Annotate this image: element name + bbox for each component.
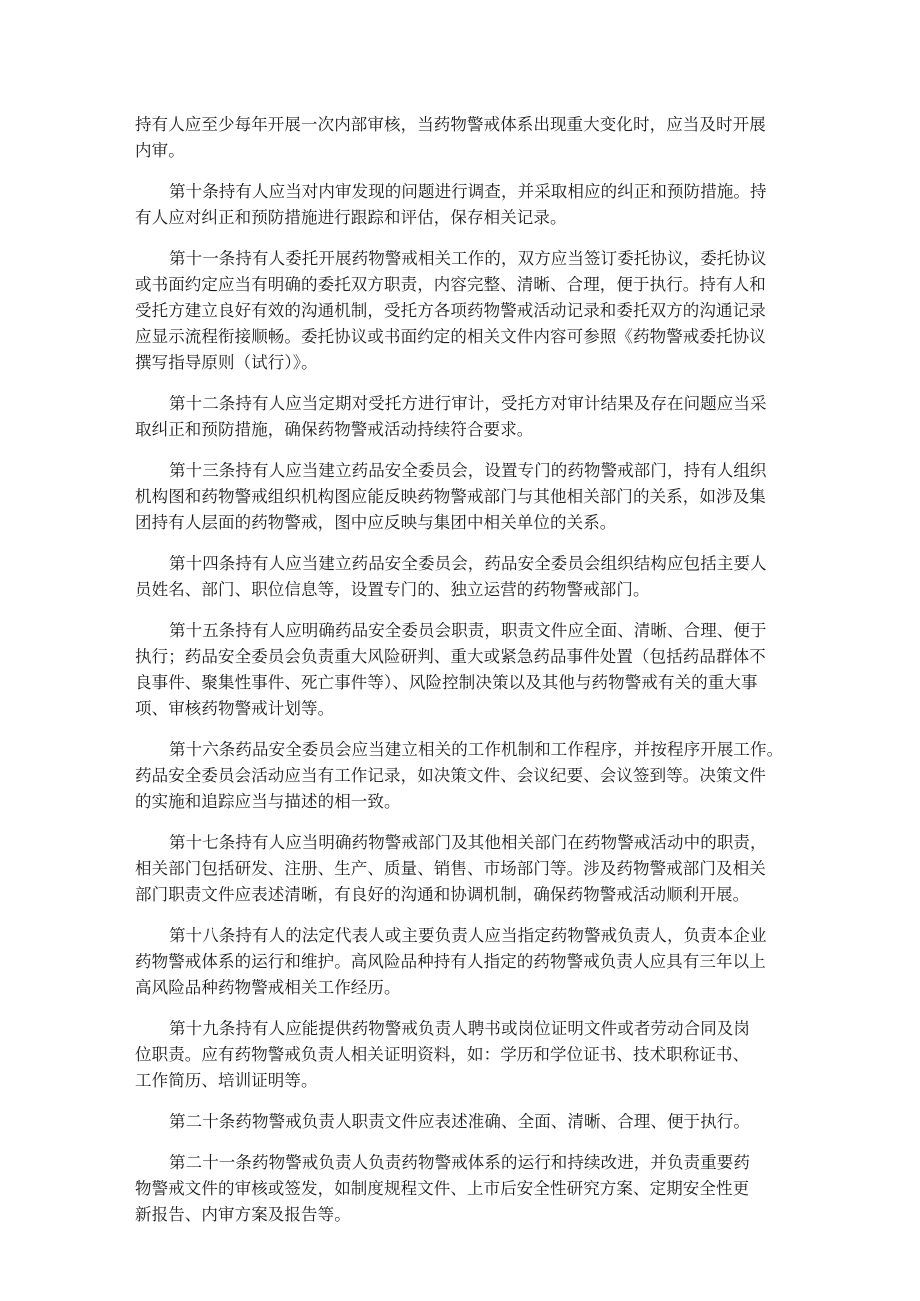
paragraph-article-11: 第十一条持有人委托开展药物警戒相关工作的，双方应当签订委托协议，委托协议 或书面…: [135, 246, 795, 376]
paragraph-article-18: 第十八条持有人的法定代表人或主要负责人应当指定药物警戒负责人，负责本企业 药物警…: [135, 923, 795, 1001]
paragraph-article-17: 第十七条持有人应当明确药物警戒部门及其他相关部门在药物警戒活动中的职责， 相关部…: [135, 830, 795, 908]
text-line: 物警戒文件的审核或签发，如制度规程文件、上市后安全性研究方案、定期安全性更: [135, 1176, 795, 1202]
text-line: 执行；药品安全委员会负责重大风险研判、重大或紧急药品事件处置（包括药品群体不: [135, 644, 795, 670]
text-line: 相关部门包括研发、注册、生产、质量、销售、市场部门等。涉及药物警戒部门及相关: [135, 856, 795, 882]
text-line: 第十条持有人应当对内审发现的问题进行调查，并采取相应的纠正和预防措施。持: [135, 179, 795, 205]
text-line: 机构图和药物警戒组织机构图应能反映药物警戒部门与其他相关部门的关系，如涉及集: [135, 484, 795, 510]
paragraph-internal-audit-continuation: 持有人应至少每年开展一次内部审核，当药物警戒体系出现重大变化时，应当及时开展 内…: [135, 112, 795, 164]
text-line: 第十三条持有人应当建立药品安全委员会，设置专门的药物警戒部门，持有人组织: [135, 458, 795, 484]
text-line: 第二十一条药物警戒负责人负责药物警戒体系的运行和持续改进，并负责重要药: [135, 1150, 795, 1176]
text-line: 位职责。应有药物警戒负责人相关证明资料，如：学历和学位证书、技术职称证书、: [135, 1042, 795, 1068]
paragraph-article-20: 第二十条药物警戒负责人职责文件应表述准确、全面、清晰、合理、便于执行。: [135, 1109, 795, 1135]
paragraph-article-16: 第十六条药品安全委员会应当建立相关的工作机制和工作程序，并按程序开展工作。 药品…: [135, 737, 795, 815]
text-line: 第十二条持有人应当定期对受托方进行审计，受托方对审计结果及存在问题应当采: [135, 391, 795, 417]
paragraph-article-10: 第十条持有人应当对内审发现的问题进行调查，并采取相应的纠正和预防措施。持 有人应…: [135, 179, 795, 231]
paragraph-article-14: 第十四条持有人应当建立药品安全委员会，药品安全委员会组织结构应包括主要人 员姓名…: [135, 551, 795, 603]
paragraph-article-13: 第十三条持有人应当建立药品安全委员会，设置专门的药物警戒部门，持有人组织 机构图…: [135, 458, 795, 536]
text-line: 取纠正和预防措施，确保药物警戒活动持续符合要求。: [135, 417, 795, 443]
text-line: 第十一条持有人委托开展药物警戒相关工作的，双方应当签订委托协议，委托协议: [135, 246, 795, 272]
text-line: 或书面约定应当有明确的委托双方职责，内容完整、清晰、合理，便于执行。持有人和: [135, 272, 795, 298]
text-line: 工作简历、培训证明等。: [135, 1068, 795, 1094]
document-page: 持有人应至少每年开展一次内部审核，当药物警戒体系出现重大变化时，应当及时开展 内…: [135, 112, 795, 1243]
text-line: 药物警戒体系的运行和维护。高风险品种持有人指定的药物警戒负责人应具有三年以上: [135, 949, 795, 975]
paragraph-article-21: 第二十一条药物警戒负责人负责药物警戒体系的运行和持续改进，并负责重要药 物警戒文…: [135, 1150, 795, 1228]
text-line: 第十六条药品安全委员会应当建立相关的工作机制和工作程序，并按程序开展工作。: [135, 737, 795, 763]
text-line: 团持有人层面的药物警戒，图中应反映与集团中相关单位的关系。: [135, 510, 795, 536]
text-line: 部门职责文件应表述清晰，有良好的沟通和协调机制，确保药物警戒活动顺利开展。: [135, 882, 795, 908]
text-line: 第十七条持有人应当明确药物警戒部门及其他相关部门在药物警戒活动中的职责，: [135, 830, 795, 856]
text-line: 撰写指导原则（试行）》。: [135, 350, 795, 376]
text-line: 内审。: [135, 138, 795, 164]
text-line: 第二十条药物警戒负责人职责文件应表述准确、全面、清晰、合理、便于执行。: [135, 1109, 795, 1135]
text-line: 第十五条持有人应明确药品安全委员会职责，职责文件应全面、清晰、合理、便于: [135, 618, 795, 644]
text-line: 第十八条持有人的法定代表人或主要负责人应当指定药物警戒负责人，负责本企业: [135, 923, 795, 949]
text-line: 第十四条持有人应当建立药品安全委员会，药品安全委员会组织结构应包括主要人: [135, 551, 795, 577]
paragraph-article-15: 第十五条持有人应明确药品安全委员会职责，职责文件应全面、清晰、合理、便于 执行；…: [135, 618, 795, 722]
text-line: 良事件、聚集性事件、死亡事件等）、风险控制决策以及其他与药物警戒有关的重大事: [135, 670, 795, 696]
text-line: 药品安全委员会活动应当有工作记录，如决策文件、会议纪要、会议签到等。决策文件: [135, 763, 795, 789]
text-line: 新报告、内审方案及报告等。: [135, 1202, 795, 1228]
text-line: 第十九条持有人应能提供药物警戒负责人聘书或岗位证明文件或者劳动合同及岗: [135, 1016, 795, 1042]
text-line: 受托方建立良好有效的沟通机制，受托方各项药物警戒活动记录和委托双方的沟通记录: [135, 298, 795, 324]
text-line: 高风险品种药物警戒相关工作经历。: [135, 975, 795, 1001]
text-line: 应显示流程衔接顺畅。委托协议或书面约定的相关文件内容可参照《药物警戒委托协议: [135, 324, 795, 350]
paragraph-article-12: 第十二条持有人应当定期对受托方进行审计，受托方对审计结果及存在问题应当采 取纠正…: [135, 391, 795, 443]
text-line: 有人应对纠正和预防措施进行跟踪和评估，保存相关记录。: [135, 205, 795, 231]
text-line: 持有人应至少每年开展一次内部审核，当药物警戒体系出现重大变化时，应当及时开展: [135, 112, 795, 138]
text-line: 项、审核药物警戒计划等。: [135, 696, 795, 722]
text-line: 员姓名、部门、职位信息等，设置专门的、独立运营的药物警戒部门。: [135, 577, 795, 603]
paragraph-article-19: 第十九条持有人应能提供药物警戒负责人聘书或岗位证明文件或者劳动合同及岗 位职责。…: [135, 1016, 795, 1094]
text-line: 的实施和追踪应当与描述的相一致。: [135, 789, 795, 815]
